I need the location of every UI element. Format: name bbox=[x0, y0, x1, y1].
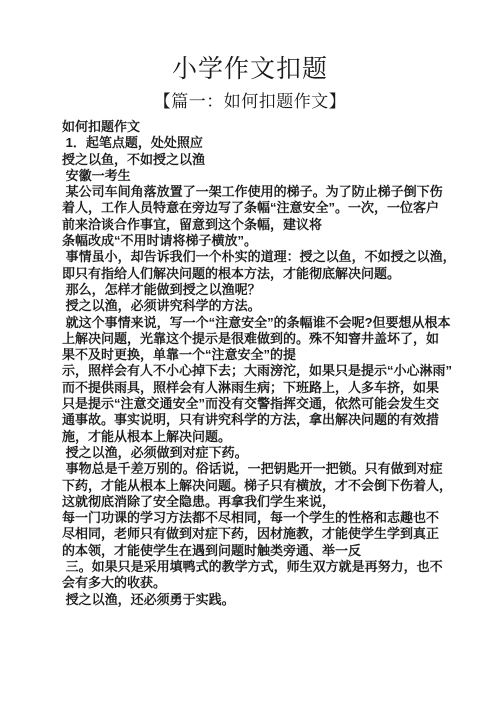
text-line: 每一门功课的学习方法都不尽相同，每一个学生的性格和志趣也不 bbox=[62, 510, 462, 526]
text-line: 事物总是千差万别的。俗话说，一把钥匙开一把锁。只有做到对症 bbox=[62, 461, 462, 477]
text-line: 通事故。事实说明，只有讲究科学的方法，拿出解决问题的有效措 bbox=[62, 412, 462, 428]
text-line: 只是提示“注意交通安全”而没有交警指挥交通，依然可能会发生交 bbox=[62, 396, 462, 412]
text-line: 那么，怎样才能做到授之以渔呢？ bbox=[62, 282, 462, 298]
text-line: 果不及时更换，单靠一个“注意安全”的提 bbox=[62, 347, 462, 363]
text-line: 就这个事情来说，写一个“注意安全”的条幅谁不会呢?但要想从根本 bbox=[62, 315, 462, 331]
text-line: 授之以鱼，不如授之以渔 bbox=[62, 152, 462, 168]
text-line: 下药，才能从根本上解决问题。梯子只有横放，才不会倒下伤着人， bbox=[62, 478, 462, 494]
text-line: 尽相同，老师只有做到对症下药，因材施教，才能使学生学到真正 bbox=[62, 526, 462, 542]
text-line: 某公司车间角落放置了一架工作使用的梯子。为了防止梯子倒下伤 bbox=[62, 184, 462, 200]
text-line: 授之以渔，必须讲究科学的方法。 bbox=[62, 298, 462, 314]
text-line: 1．起笔点题，处处照应 bbox=[62, 135, 462, 151]
document-body-text: 如何扣题作文 1．起笔点题，处处照应授之以鱼，不如授之以渔 安徽一考生 某公司车… bbox=[62, 119, 462, 608]
text-line: 而不提供雨具，照样会有人淋雨生病；下班路上，人多车挤，如果 bbox=[62, 380, 462, 396]
document-subtitle: 【篇一：如何扣题作文】 bbox=[0, 91, 500, 112]
document-page: 小学作文扣题 【篇一：如何扣题作文】 如何扣题作文 1．起笔点题，处处照应授之以… bbox=[0, 0, 500, 707]
text-line: 授之以渔，必须做到对症下药。 bbox=[62, 445, 462, 461]
text-line: 上解决问题，光靠这个提示是很难做到的。殊不知窨井盖坏了，如 bbox=[62, 331, 462, 347]
text-line: 示，照样会有人不小心掉下去；大雨滂沱，如果只是提示“小心淋雨” bbox=[62, 363, 462, 379]
text-line: 如何扣题作文 bbox=[62, 119, 462, 135]
text-line: 条幅改成“不用时请将梯子横放”。 bbox=[62, 233, 462, 249]
text-line: 授之以渔，还必须勇于实践。 bbox=[62, 592, 462, 608]
text-line: 会有多大的收获。 bbox=[62, 575, 462, 591]
text-line: 安徽一考生 bbox=[62, 168, 462, 184]
document-title: 小学作文扣题 bbox=[0, 56, 500, 84]
text-line: 着人，工作人员特意在旁边写了条幅“注意安全”。一次，一位客户 bbox=[62, 200, 462, 216]
text-line: 事情虽小，却告诉我们一个朴实的道理：授之以鱼，不如授之以渔， bbox=[62, 249, 462, 265]
text-line: 的本领，才能使学生在遇到问题时触类旁通、举一反 bbox=[62, 543, 462, 559]
text-line: 即只有指给人们解决问题的根本方法，才能彻底解决问题。 bbox=[62, 266, 462, 282]
text-line: 三。如果只是采用填鸭式的教学方式，师生双方就是再努力，也不 bbox=[62, 559, 462, 575]
text-line: 这就彻底消除了安全隐患。再拿我们学生来说， bbox=[62, 494, 462, 510]
text-line: 前来洽谈合作事宜，留意到这个条幅，建议将 bbox=[62, 217, 462, 233]
text-line: 施，才能从根本上解决问题。 bbox=[62, 429, 462, 445]
